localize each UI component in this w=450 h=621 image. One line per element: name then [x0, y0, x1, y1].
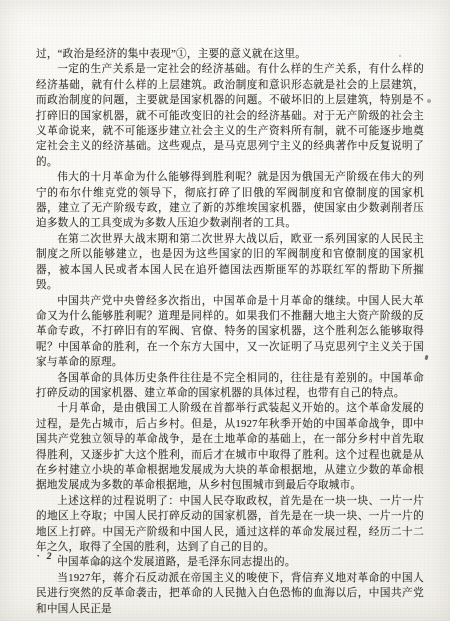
- paragraph: 当1927年，蒋介石反动派在帝国主义的唆使下，背信弃义地对革命的中国人民进行突然…: [36, 571, 424, 617]
- body-text: 过，“政治是经济的集中表现”①，主要的意义就在这里。 一定的生产关系是一定社会的…: [36, 47, 424, 617]
- paragraph: 过，“政治是经济的集中表现”①，主要的意义就在这里。: [36, 47, 424, 62]
- paragraph: 各国革命的具体历史条件往往是不完全相同的，往往是有差别的。中国革命打碎反动的国家…: [36, 371, 424, 402]
- paragraph: 中国共产党中央曾经多次指出，中国革命是十月革命的继续。中国人民大革命又为什么能够…: [36, 294, 424, 371]
- paragraph: 十月革命，是由俄国工人阶级在首都举行武装起义开始的。这个革命发展的过程，是先占城…: [36, 401, 424, 493]
- paragraph: 一定的生产关系是一定社会的经济基础。有什么样的生产关系，有什么样的经济基础，就有…: [36, 62, 424, 170]
- ink-speck: [424, 355, 428, 361]
- scanned-page: 过，“政治是经济的集中表现”①，主要的意义就在这里。 一定的生产关系是一定社会的…: [0, 0, 450, 621]
- ink-speck: [399, 55, 401, 57]
- paragraph: 在第二次世界大战末期和第二次世界大战以后，欧亚一系列国家的人民民主制度之所以能够…: [36, 232, 424, 294]
- ink-speck: [414, 498, 416, 500]
- ink-speck: [427, 99, 431, 103]
- page-number: · 2 ·: [37, 552, 64, 562]
- paragraph: 伟大的十月革命为什么能够得到胜利呢？就是因为俄国无产阶级在伟大的列宁的布尔什维克…: [36, 170, 424, 232]
- paragraph: 上述这样的过程说明了：中国人民夺取政权，首先是在一块一块、一片一片的地区上夺取；…: [36, 494, 424, 556]
